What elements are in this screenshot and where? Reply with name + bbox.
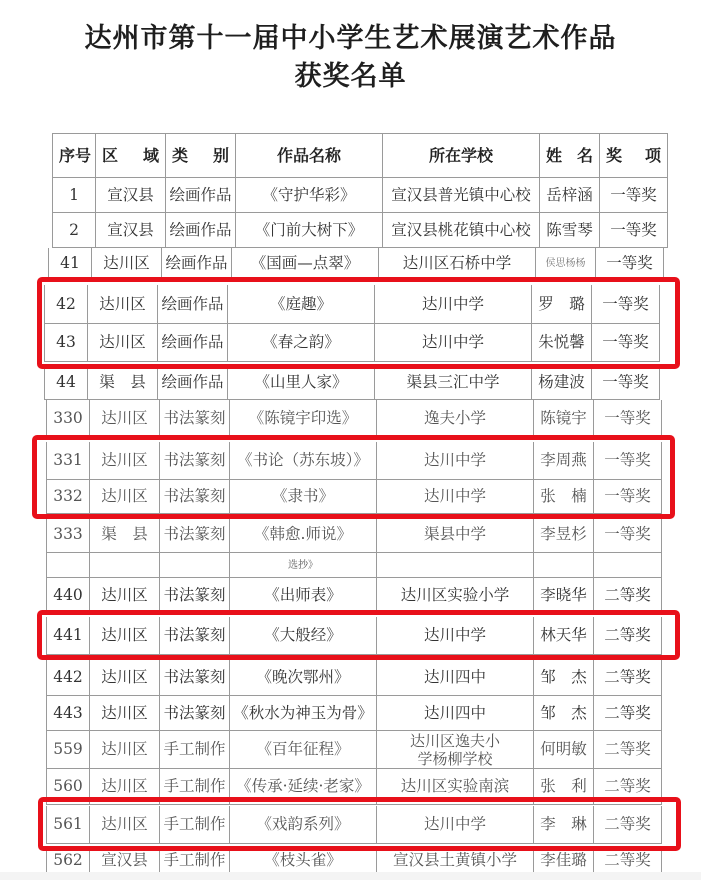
header-work: 作品名称 [236,133,383,178]
header-index: 序号 [52,133,96,178]
header-school: 所在学校 [383,133,540,178]
highlight-box-row-561 [38,797,681,851]
table-row-partial: 选抄》 [46,553,662,578]
header-award: 奖项 [600,133,668,178]
table-row: 2 宣汉县 绘画作品 《门前大树下》 宣汉县桃花镇中心校 陈雪琴 一等奖 [52,213,668,248]
header-category: 类别 [166,133,236,178]
table-row: 333 渠 县 书法篆刻 《韩愈.师说》 渠县中学 李昱杉 一等奖 [46,517,662,553]
title-line-2: 获奖名单 [0,58,701,96]
header-region: 区域 [96,133,166,178]
table-row: 562 宣汉县 手工制作 《枝头雀》 宣汉县土黄镇小学 李佳璐 二等奖 [46,848,662,874]
document-page: 达州市第十一届中小学生艺术展演艺术作品 获奖名单 序号 区域 类别 作品名称 所… [0,0,701,880]
header-name: 姓名 [540,133,600,178]
table-row: 559 达川区 手工制作 《百年征程》 达川区逸夫小学杨柳学校 何明敏 二等奖 [46,731,662,769]
table-row: 1 宣汉县 绘画作品 《守护华彩》 宣汉县普光镇中心校 岳梓涵 一等奖 [52,178,668,213]
page-edge [0,872,701,880]
table-row: 443 达川区 书法篆刻 《秋水为神玉为骨》 达川四中 邹 杰 二等奖 [46,696,662,731]
table-row: 440 达川区 书法篆刻 《出师表》 达川区实验小学 李晓华 二等奖 [46,578,662,614]
table-row: 330 达川区 书法篆刻 《陈镜宇印选》 逸夫小学 陈镜宇 一等奖 [46,400,662,438]
highlight-box-row-441 [37,610,680,660]
highlight-box-rows-331-332 [32,435,675,519]
document-title: 达州市第十一届中小学生艺术展演艺术作品 获奖名单 [0,20,701,96]
table-header: 序号 区域 类别 作品名称 所在学校 姓名 奖项 [52,133,668,178]
title-line-1: 达州市第十一届中小学生艺术展演艺术作品 [0,20,701,58]
table-row: 442 达川区 书法篆刻 《晚次鄂州》 达川四中 邹 杰 二等奖 [46,660,662,696]
table-row: 44 渠 县 绘画作品 《山里人家》 渠县三汇中学 杨建波 一等奖 [44,366,660,400]
table-row: 41 达川区 绘画作品 《国画—点翠》 达川区石桥中学 侯思杨杨 一等奖 [48,248,664,280]
highlight-box-rows-42-43 [37,277,680,369]
